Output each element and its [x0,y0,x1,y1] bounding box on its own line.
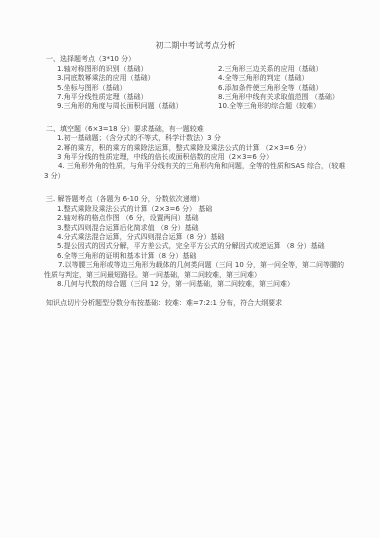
blank-item: 4. 三角形外角的性质，与角平分线有关的三角形内角和问题，全等的性质和SAS 综… [44,162,347,181]
section-blank-questions: 二、填空题（6×3=18 分）要求基础，有一题较难 1.初一基础题；（含分式的不… [44,125,347,181]
choice-item: 2.三角形三边关系的应用（基础） [218,65,347,74]
choice-items-grid: 1.轴对称图形的识别（基础） 2.三角形三边关系的应用（基础） 3.同底数幂乘法… [57,65,347,112]
section-answer-heading: 三. 解答题考点（各题为 6-10 分，分数依次递增） [46,195,347,204]
summary-note: 知识点切片分析题型分数分布按基础：较难：难=7:2:1 分布，符合大纲要求 [46,299,347,308]
answer-item: 2.轴对称的格点作图 （6 分，设置两问）基础 [57,214,347,223]
page-title: 初二期中考试考点分析 [44,41,347,50]
document-page: 初二期中考试考点分析 一、选择题考点（3*10 分） 1.轴对称图形的识别（基础… [0,0,380,538]
choice-item: 10.全等三角形的综合题（较难） [218,102,347,111]
answer-item: 8.几何与代数的综合题（三问 12 分，第一问基础，第二问较难，第三问难） [57,280,347,289]
section-blank-heading: 二、填空题（6×3=18 分）要求基础，有一题较难 [46,125,347,134]
section-choice-heading: 一、选择题考点（3*10 分） [46,55,347,64]
section-answer-questions: 三. 解答题考点（各题为 6-10 分，分数依次递增） 1.整式乘除及乘法公式的… [44,195,347,289]
blank-item: 1.初一基础题；（含分式的不等式，科学计数法）3 分 [57,134,347,143]
choice-item: 1.轴对称图形的识别（基础） [57,65,218,74]
choice-item: 5.坐标与图形（基础） [57,84,218,93]
answer-item: 6.全等三角形的证明和基本计算（8 分）基础 [57,252,347,261]
answer-item: 3.整式四则混合运算后化简求值 （8 分）基础 [57,224,347,233]
answer-item: 1.整式乘除及乘法公式的计算（2×3=6 分） 基础 [57,205,347,214]
blank-item: 2.幂的乘方，积的乘方的乘除法运算，整式乘除及乘法公式的计算 （2×3=6 分） [57,144,347,153]
answer-item: 4.分式乘法混合运算，分式四则混合运算（8 分）基础 [57,233,347,242]
section-choice-questions: 一、选择题考点（3*10 分） 1.轴对称图形的识别（基础） 2.三角形三边关系… [44,55,347,111]
choice-item: 3.同底数幂乘法的应用（基础） [57,74,218,83]
choice-item: 4.全等三角形的判定（基础） [218,74,347,83]
answer-item: 7.以等腰三角形或等边三角形为载体的几何类问题（三问 10 分，第一问全等，第二… [44,261,347,280]
answer-item: 5.提公因式的因式分解，平方差公式，完全平方公式的分解因式或逆运算 （8 分）基… [57,242,347,251]
choice-item: 6.添加条件使三角形全等（基础） [218,84,347,93]
choice-item: 9.三角形的角度与周长面积问题（基础） [57,102,218,111]
